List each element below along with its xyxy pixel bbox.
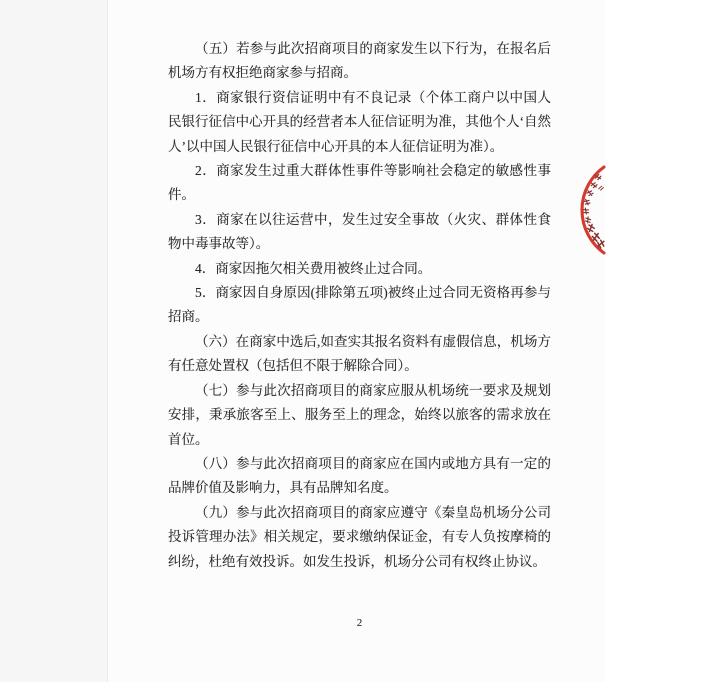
page-number: 2 xyxy=(168,617,551,629)
clause-5-item-1: 1．商家银行资信证明中有不良记录（个体工商户以中国人民银行征信中心开具的经营者本… xyxy=(168,86,551,159)
clause-8: （八）参与此次招商项目的商家应在国内或地方具有一定的品牌价值及影响力，具有品牌知… xyxy=(168,452,551,501)
clause-6: （六）在商家中选后,如查实其报名资料有虚假信息，机场方有任意处置权（包括但不限于… xyxy=(168,330,551,379)
clause-7: （七）参与此次招商项目的商家应服从机场统一要求及规划安排，秉承旅客至上、服务至上… xyxy=(168,379,551,452)
clause-9: （九）参与此次招商项目的商家应遵守《秦皇岛机场分公司投诉管理办法》相关规定，要求… xyxy=(168,501,551,574)
document-body: （五）若参与此次招商项目的商家发生以下行为，在报名后机场方有权拒绝商家参与招商。… xyxy=(168,37,551,574)
scan-left-margin xyxy=(0,0,107,682)
clause-5-intro: （五）若参与此次招商项目的商家发生以下行为，在报名后机场方有权拒绝商家参与招商。 xyxy=(168,37,551,86)
clause-5-item-2: 2．商家发生过重大群体性事件等影响社会稳定的敏感性事件。 xyxy=(168,159,551,208)
clause-5-item-3: 3．商家在以往运营中，发生过安全事故（火灾、群体性食物中毒事故等）。 xyxy=(168,208,551,257)
clause-5-item-4: 4．商家因拖欠相关费用被终止过合同。 xyxy=(168,257,551,281)
red-seal-stamp-icon xyxy=(571,160,611,260)
document-page: （五）若参与此次招商项目的商家发生以下行为，在报名后机场方有权拒绝商家参与招商。… xyxy=(107,0,605,682)
scanned-document-canvas: （五）若参与此次招商项目的商家发生以下行为，在报名后机场方有权拒绝商家参与招商。… xyxy=(0,0,713,682)
seal-text-marks xyxy=(583,173,606,249)
clause-5-item-5: 5．商家因自身原因(排除第五项)被终止过合同无资格再参与招商。 xyxy=(168,281,551,330)
